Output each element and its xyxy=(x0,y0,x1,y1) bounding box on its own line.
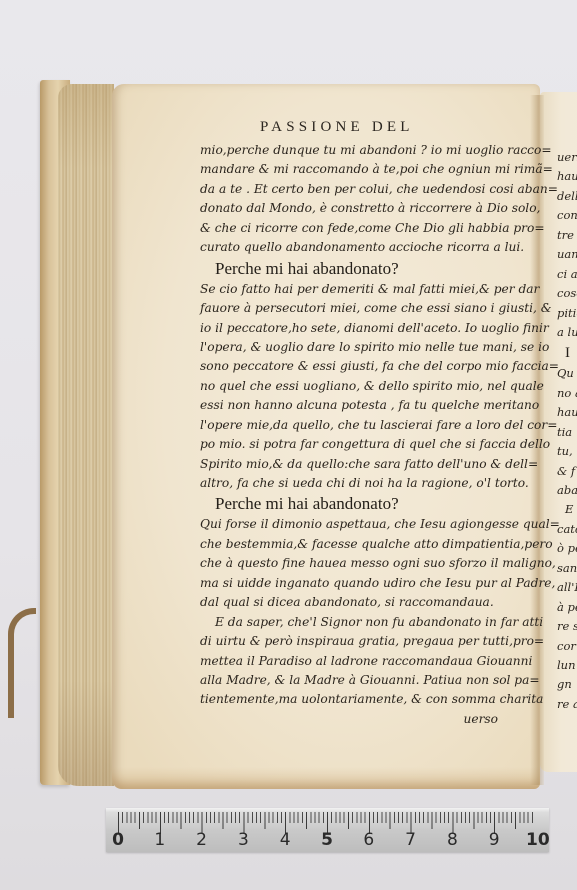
recto-text-line: cato xyxy=(557,520,577,539)
recto-text-line: lun xyxy=(557,656,577,675)
verso-text-line: alla Madre, & la Madre à Giouanni. Patiu… xyxy=(200,671,520,690)
verso-text-line: metteа il Paradiso al ladrone raccomanda… xyxy=(200,652,520,671)
ruler-label: 4 xyxy=(275,830,295,850)
recto-text-line: tia xyxy=(557,423,577,442)
recto-text-block: uersohauedellaconttre cuamci accosepitic… xyxy=(557,148,577,714)
verso-section-heading: Perche mi hai abandonato? xyxy=(200,258,520,280)
verso-text-line: mio,perche dunque tu mi abandoni ? io mi… xyxy=(200,141,520,160)
verso-text-line: & che ci ricorre con fede,come Che Dio g… xyxy=(200,219,520,238)
recto-text-line: ci ac xyxy=(557,265,577,284)
bookmark-ribbon xyxy=(8,608,36,718)
verso-text-line: no quel che essi uogliano, & dello spiri… xyxy=(200,377,520,396)
ruler-label: 3 xyxy=(233,830,253,850)
verso-text-line: donato dal Mondo, è constretto à riccorr… xyxy=(200,199,520,218)
verso-text-line: ma si uidde inganato quando udiro che Ie… xyxy=(200,574,520,593)
recto-text-line: a lu xyxy=(557,323,577,342)
recto-text-line: aba xyxy=(557,481,577,500)
ruler-label: 0 xyxy=(108,830,128,850)
verso-text-line: tientemente,ma uolontariamente, & con so… xyxy=(200,690,520,709)
verso-text-line: Qui forse il dimonio aspettaua, che Iesu… xyxy=(200,515,520,534)
running-head: PASSIONE DEL xyxy=(260,119,414,136)
verso-text-line: l'opere mie,da quello, che tu lascierai … xyxy=(200,416,520,435)
recto-text-line: della xyxy=(557,187,577,206)
recto-text-line: haue xyxy=(557,167,577,186)
verso-text-line: Spirito mio,& da quello:che sara fatto d… xyxy=(200,455,520,474)
verso-text-line: essi non hanno alcuna potesta , fa tu qu… xyxy=(200,396,520,415)
recto-text-line: gn xyxy=(557,675,577,694)
ruler-label: 5 xyxy=(317,830,337,850)
recto-text-line: hau xyxy=(557,403,577,422)
ruler-label: 6 xyxy=(359,830,379,850)
recto-text-line: Qu xyxy=(557,364,577,383)
verso-text-line: curato quello abandonamento accioche ric… xyxy=(200,238,520,257)
recto-text-line: ò pe xyxy=(557,539,577,558)
recto-text-line: tu, xyxy=(557,442,577,461)
ruler-label: 2 xyxy=(192,830,212,850)
verso-text-line: di uirtu & però inspiraua gratia, pregau… xyxy=(200,632,520,651)
verso-text-line: l'opera, & uoglio dare lo spirito mio ne… xyxy=(200,338,520,357)
verso-text-line: che bestemmia,& facesse qualche atto dim… xyxy=(200,535,520,554)
verso-text-line: sono peccatore & essi giusti, fa che del… xyxy=(200,357,520,376)
recto-section-heading: I xyxy=(557,342,577,364)
verso-text-line: fauore à persecutori miei, come che essi… xyxy=(200,299,520,318)
recto-text-line: cor xyxy=(557,637,577,656)
recto-text-line: re a xyxy=(557,695,577,714)
recto-text-line: E xyxy=(557,500,577,519)
verso-text-line: po mio. si potra far congettura di quel … xyxy=(200,435,520,454)
verso-text-line: che à questo fine haueа messo ogni suo s… xyxy=(200,554,520,573)
verso-text-line: altro, fa che si ueda chi di noi ha la r… xyxy=(200,474,520,493)
verso-text-block: mio,perche dunque tu mi abandoni ? io mi… xyxy=(200,141,520,729)
scale-ruler: 012345678910 xyxy=(106,808,549,852)
recto-text-line: à pe xyxy=(557,598,577,617)
verso-text-line: mandare & mi raccomando à te,poi che ogn… xyxy=(200,160,520,179)
verso-text-line: dal qual si dicea abandonato, si raccoma… xyxy=(200,593,520,612)
recto-text-line: & f xyxy=(557,462,577,481)
book-photograph: PASSIONE DEL mio,perche dunque tu mi aba… xyxy=(0,0,577,890)
page-edges xyxy=(58,84,114,786)
ruler-label: 10 xyxy=(526,830,546,850)
recto-text-line: pitic xyxy=(557,304,577,323)
catchword: uerso xyxy=(200,710,520,729)
recto-text-line: cose xyxy=(557,284,577,303)
recto-text-line: re s xyxy=(557,617,577,636)
recto-text-line: tre c xyxy=(557,226,577,245)
recto-text-line: uerso xyxy=(557,148,577,167)
verso-text-line: Se cio fatto hai per demeriti & mal fatt… xyxy=(200,280,520,299)
recto-text-line: sanc xyxy=(557,559,577,578)
ruler-label: 9 xyxy=(484,830,504,850)
verso-text-line: da a te . Et certo ben per colui, che ue… xyxy=(200,180,520,199)
verso-text-line: E da saper, che'l Signor non fu abandona… xyxy=(200,613,520,632)
recto-text-line: no a xyxy=(557,384,577,403)
verso-text-line: io il peccatore,ho sete, dianomi dell'ac… xyxy=(200,319,520,338)
ruler-label: 7 xyxy=(401,830,421,850)
recto-text-line: uam xyxy=(557,245,577,264)
recto-text-line: cont xyxy=(557,206,577,225)
ruler-label: 8 xyxy=(442,830,462,850)
verso-section-heading: Perche mi hai abandonato? xyxy=(200,493,520,515)
recto-text-line: all'I xyxy=(557,578,577,597)
ruler-label: 1 xyxy=(150,830,170,850)
